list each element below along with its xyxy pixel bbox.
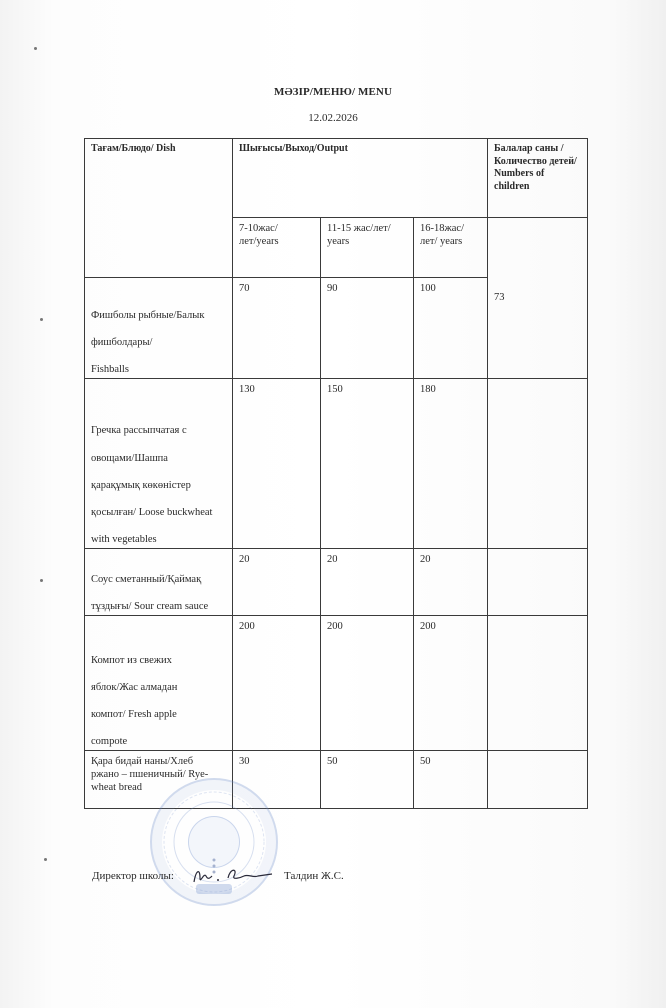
dish-name: Фишболы рыбные/Балык фишболдары/ Fishbal… — [85, 278, 233, 379]
portion-7-10: 130 — [233, 379, 321, 549]
children-count: 73 — [488, 218, 588, 379]
children-count-empty — [488, 379, 588, 549]
director-name: Талдин Ж.С. — [284, 870, 344, 882]
children-count-empty — [488, 549, 588, 616]
scan-speck — [44, 858, 47, 861]
output-header: Шығысы/Выход/Output — [233, 139, 488, 218]
menu-table: Тағам/Блюдо/ Dish Шығысы/Выход/Output Ба… — [84, 138, 588, 809]
portion-16-18: 100 — [414, 278, 488, 379]
stamp-emblem-icon — [188, 816, 240, 868]
portion-16-18: 50 — [414, 751, 488, 809]
children-header: Балалар саны /Количество детей/ Numbers … — [488, 139, 588, 218]
portion-7-10: 200 — [233, 616, 321, 751]
scan-speck — [40, 318, 43, 321]
portion-16-18: 180 — [414, 379, 488, 549]
portion-16-18: 20 — [414, 549, 488, 616]
portion-7-10: 70 — [233, 278, 321, 379]
scan-speck — [34, 47, 37, 50]
table-row: Соус сметанный/Қаймақ тұздығы/ Sour crea… — [85, 549, 588, 616]
portion-11-15: 90 — [321, 278, 414, 379]
scan-speck — [40, 579, 43, 582]
age-group-16-18: 16-18жас/лет/ years — [414, 218, 488, 278]
dish-name: Гречка рассыпчатая с овощами/Шашпа қарақ… — [85, 379, 233, 549]
portion-16-18: 200 — [414, 616, 488, 751]
dish-name: Соус сметанный/Қаймақ тұздығы/ Sour crea… — [85, 549, 233, 616]
header-row: Тағам/Блюдо/ Dish Шығысы/Выход/Output Ба… — [85, 139, 588, 218]
portion-11-15: 50 — [321, 751, 414, 809]
portion-7-10: 20 — [233, 549, 321, 616]
document-title: МӘЗІР/МЕНЮ/ MENU — [0, 86, 666, 98]
children-count-empty — [488, 616, 588, 751]
age-group-7-10: 7-10жас/лет/years — [233, 218, 321, 278]
signature-block: Директор школы: Талдин Ж.С. — [92, 864, 344, 888]
portion-11-15: 150 — [321, 379, 414, 549]
document-date: 12.02.2026 — [0, 112, 666, 124]
children-count-empty — [488, 751, 588, 809]
dish-name: Компот из свежих яблок/Жас алмадан компо… — [85, 616, 233, 751]
portion-11-15: 20 — [321, 549, 414, 616]
table-row: Гречка рассыпчатая с овощами/Шашпа қарақ… — [85, 379, 588, 549]
signature-label: Директор школы: — [92, 870, 188, 882]
portion-11-15: 200 — [321, 616, 414, 751]
signature-scribble-icon — [188, 864, 280, 888]
dish-header: Тағам/Блюдо/ Dish — [85, 139, 233, 278]
age-group-11-15: 11-15 жас/лет/ years — [321, 218, 414, 278]
table-row: Компот из свежих яблок/Жас алмадан компо… — [85, 616, 588, 751]
